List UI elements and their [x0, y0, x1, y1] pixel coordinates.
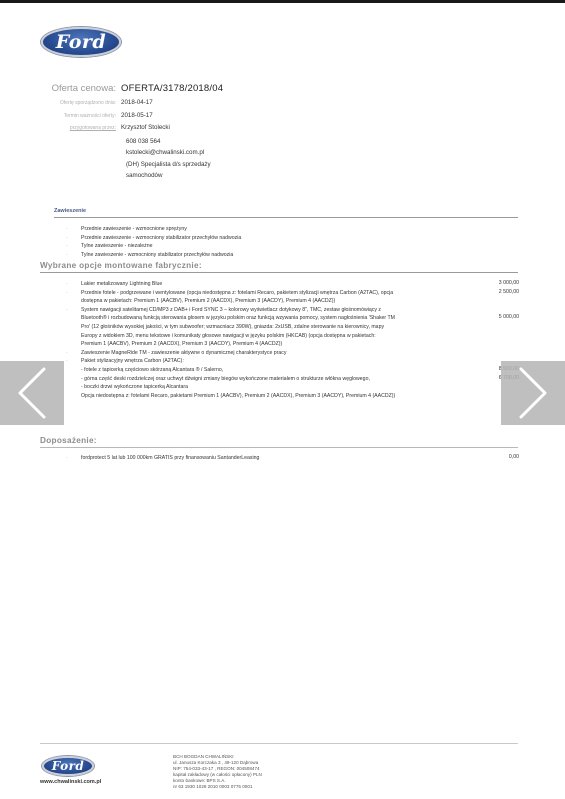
list-item: ·Lakier metalizowany Lightning Blue	[66, 280, 396, 289]
bullet-icon: ·	[66, 242, 81, 251]
offer-title-label: Oferta cenowa:	[30, 83, 121, 94]
next-page-button[interactable]	[501, 361, 565, 425]
top-bar	[0, 0, 565, 3]
offer-date-value: 2018-04-17	[121, 99, 153, 106]
list-item: ·Przednie zawieszenie - wzmocnione spręż…	[66, 225, 396, 234]
bullet-icon: ·	[66, 349, 81, 358]
price-value: 2 500,00	[499, 289, 519, 295]
factory-options-heading: Wybrane opcje montowane fabrycznie:	[40, 261, 202, 270]
bullet-icon: ·	[66, 454, 81, 463]
bullet-icon: ·	[66, 280, 81, 289]
suspension-list: ·Przednie zawieszenie - wzmocnione spręż…	[66, 225, 396, 259]
offer-title-row: Oferta cenowa: OFERTA/3178/2018/04	[30, 83, 290, 98]
offer-date-row: Ofertę sporządzono dnia: 2018-04-17	[30, 99, 290, 111]
contact-email[interactable]: kstolecki@chwalinski.com.pl	[126, 147, 290, 159]
chevron-right-icon	[501, 361, 565, 425]
offer-validity-row: Termin ważności oferty: 2018-05-17	[30, 112, 290, 124]
footer-logo-text: Ford	[52, 759, 85, 773]
price-value: 5 000,00	[499, 314, 519, 320]
footer-divider	[40, 743, 518, 744]
list-item: ·Przednie fotele - podgrzewane i wentylo…	[66, 289, 396, 306]
ford-logo: Ford	[41, 27, 121, 57]
factory-options-divider	[40, 272, 518, 273]
contact-role-cont: samochodów	[126, 170, 290, 182]
accessories-heading: Doposażenie:	[40, 436, 97, 445]
list-item: ·Zawieszenie MagneRide TM - zawieszenie …	[66, 349, 396, 358]
suspension-divider	[54, 217, 518, 218]
prepared-by-label: przygotowana przez:	[30, 125, 121, 131]
footer-website-link[interactable]: www.chwalinski.com.pl	[40, 779, 101, 785]
footer-ford-logo: Ford	[42, 756, 94, 776]
list-item: ·Tylne zawieszenie - niezależne	[66, 242, 396, 251]
contact-phone: 608 038 564	[126, 136, 290, 148]
bullet-icon: ·	[66, 306, 81, 349]
accessories-list: ·fordprotect 5 lat lub 100 000km GRATIS …	[66, 454, 396, 463]
bullet-icon: ·	[66, 357, 81, 400]
accessories-divider	[40, 447, 518, 448]
offer-validity-value: 2018-05-17	[121, 112, 153, 119]
offer-header: Oferta cenowa: OFERTA/3178/2018/04 Ofert…	[30, 83, 290, 182]
suspension-heading: Zawieszenie	[54, 208, 86, 214]
list-item: ·System nawigacji satelitarnej CD/MP3 z …	[66, 306, 396, 349]
prepared-by-name: Krzysztof Stolecki	[121, 124, 170, 131]
factory-options-list: ·Lakier metalizowany Lightning Blue ·Prz…	[66, 280, 396, 400]
ford-logo-text: Ford	[56, 31, 106, 53]
list-item: ·Przednie zawieszenie - wzmocniony stabi…	[66, 234, 396, 243]
offer-number: OFERTA/3178/2018/04	[121, 83, 223, 94]
offer-validity-label: Termin ważności oferty:	[30, 113, 121, 119]
previous-page-button[interactable]	[0, 361, 64, 425]
chevron-left-icon	[0, 361, 64, 425]
price-value: 0,00	[509, 454, 519, 460]
list-item: ·Tylne zawieszenie - wzmocniony stabiliz…	[66, 251, 396, 260]
footer-company-info: BCH BOGDAN CHWALIŃSKI ul. Janusza Korcza…	[173, 754, 262, 790]
bullet-icon: ·	[66, 289, 81, 306]
list-item: ·Pakiet stylizacyjny wnętrza Carbon (A2T…	[66, 357, 396, 400]
bullet-icon: ·	[66, 251, 81, 260]
contact-role: (DH) Specjalista d/s sprzedaży	[126, 159, 290, 171]
list-item: ·fordprotect 5 lat lub 100 000km GRATIS …	[66, 454, 396, 463]
offer-date-label: Ofertę sporządzono dnia:	[30, 100, 121, 106]
bullet-icon: ·	[66, 225, 81, 234]
prepared-by-row: przygotowana przez: Krzysztof Stolecki	[30, 124, 290, 136]
price-value: 3 000,00	[499, 280, 519, 286]
bullet-icon: ·	[66, 234, 81, 243]
company-account: nr 63 1930 1028 2010 0003 0775 0001	[173, 784, 262, 790]
